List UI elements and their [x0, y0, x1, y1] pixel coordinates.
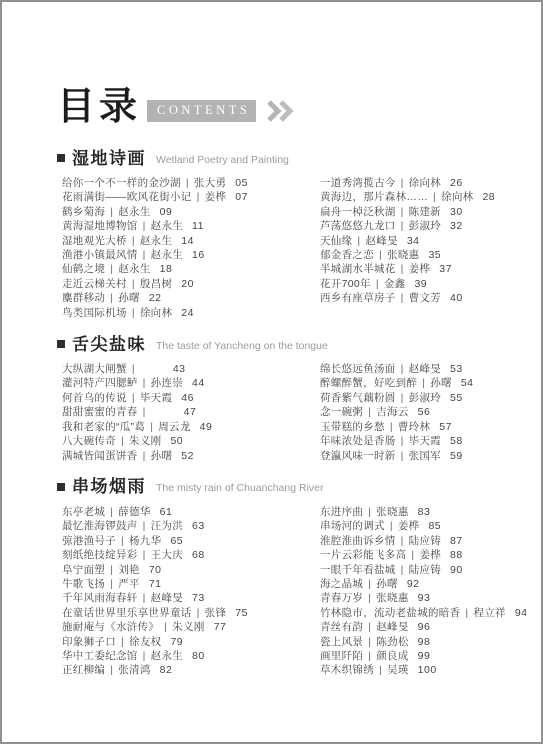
entry-author: 严平: [118, 578, 140, 590]
entry-title: 绵长悠远鱼汤面: [320, 363, 396, 375]
entry-page-number: 71: [149, 578, 162, 590]
section-subtitle: The taste of Yancheng on the tongue: [156, 340, 328, 352]
toc-entry: 大纵湖大闸蟹|43: [62, 362, 320, 376]
toc-entry: 玉带糕的乡愁|曹玲林57: [320, 420, 474, 434]
entry-page-number: 73: [192, 592, 205, 604]
entry-author: 吴瑛: [387, 664, 409, 676]
entry-separator: |: [368, 578, 371, 590]
entry-author: 张锋: [205, 607, 227, 619]
section-header: 舌尖盐味The taste of Yancheng on the tongue: [57, 334, 541, 354]
entry-title: 鹤乡菊海: [62, 206, 105, 218]
entry-page-number: 09: [160, 206, 173, 218]
entry-title: 扁舟一棹泛秋湖: [320, 206, 396, 218]
entry-separator: |: [401, 535, 404, 547]
entry-title: 黄海边，那片森林……: [320, 191, 428, 203]
entry-author: 张晓惠: [376, 506, 408, 518]
entry-page-number: 39: [414, 278, 427, 290]
toc-entry: 竹林隐市，流动老盐城的暗香|程立祥94: [320, 606, 528, 620]
entry-page-number: 32: [450, 220, 463, 232]
entry-author: 彭淑玲: [409, 220, 441, 232]
entry-author: 薛德华: [118, 506, 150, 518]
entry-page-number: 54: [461, 377, 474, 389]
entry-author: 杨九华: [129, 535, 161, 547]
entry-page-number: 63: [192, 520, 205, 532]
entry-separator: |: [368, 621, 371, 633]
entry-author: 张晓惠: [376, 592, 408, 604]
toc-entry: 青丝有韵|赵峰旻96: [320, 620, 528, 634]
entry-author: 赵峰旻: [376, 621, 408, 633]
entry-title: 青丝有韵: [320, 621, 363, 633]
entry-author: 王大庆: [151, 549, 183, 561]
entry-author: 毕天霞: [409, 435, 441, 447]
toc-entry: 海之晶城|孙曙92: [320, 577, 528, 591]
entry-author: 赵永生: [140, 235, 172, 247]
entry-separator: |: [390, 421, 393, 433]
entry-page-number: 96: [418, 621, 431, 633]
entry-title: 东亭老城: [62, 506, 105, 518]
entry-separator: |: [143, 450, 146, 462]
entry-separator: |: [433, 191, 436, 203]
entry-separator: |: [368, 506, 371, 518]
entry-separator: |: [143, 549, 146, 561]
entry-page-number: 37: [439, 263, 452, 275]
entry-page-number: 88: [450, 549, 463, 561]
entry-title: 大纵湖大闸蟹: [62, 363, 127, 375]
toc-column: 东进序曲|张晓惠83串场河的调式|姜桦85淮腔淮曲诉乡情|陆应铸87一片云彩能飞…: [320, 505, 528, 678]
entry-title: 串场河的调式: [320, 520, 385, 532]
entry-separator: |: [143, 650, 146, 662]
entry-page-number: 57: [439, 421, 452, 433]
entry-page-number: 75: [235, 607, 248, 619]
entry-title: 刻纸绝技绽异彩: [62, 549, 138, 561]
toc-column: 大纵湖大闸蟹|43灌河特产四腮鲈|孙连崇44何首乌的传说|毕天霞46甜甜蜜蜜的青…: [62, 362, 320, 463]
entry-author: 颜良成: [376, 650, 408, 662]
entry-title: 竹林隐市，流动老盐城的暗香: [320, 607, 460, 619]
page-title: 目录: [57, 87, 141, 125]
section-subtitle: The misty rain of Chuanchang River: [156, 482, 324, 494]
entry-page-number: 93: [418, 592, 431, 604]
entry-title: 一道秀湾揽古今: [320, 177, 396, 189]
toc-entry: 草木织锦绣|吴瑛100: [320, 663, 528, 677]
toc-entry: 在童话世界里乐享世界童话|张锋75: [62, 606, 320, 620]
entry-title: 半城湖水半城花: [320, 263, 396, 275]
toc-entry: 淮腔淮曲诉乡情|陆应铸87: [320, 534, 528, 548]
toc-entry: 东亭老城|薛德华61: [62, 505, 320, 519]
entry-title: 正红柳编: [62, 664, 105, 676]
entry-author: 程立祥: [473, 607, 505, 619]
entry-author: 赵永生: [151, 220, 183, 232]
entry-author: 姜桦: [398, 520, 420, 532]
entry-title: 一眼千年看盐城: [320, 564, 396, 576]
toc-entry: 我和老家的“瓜”葛|周云龙49: [62, 420, 320, 434]
entry-page-number: 98: [418, 636, 431, 648]
entry-title: 醉螺醉蟹，好吃到醉: [320, 377, 417, 389]
entry-page-number: 07: [235, 191, 248, 203]
entry-title: 灌河特产四腮鲈: [62, 377, 138, 389]
section-title: 串场烟雨: [72, 478, 146, 495]
entry-author: 张晓惠: [387, 249, 419, 261]
entry-author: 曹玲林: [398, 421, 430, 433]
entry-title: 湿地观光大桥: [62, 235, 127, 247]
entry-separator: |: [110, 664, 113, 676]
entry-separator: |: [121, 636, 124, 648]
entry-page-number: 79: [170, 636, 183, 648]
entry-author: 徐向林: [441, 191, 473, 203]
entry-separator: |: [110, 564, 113, 576]
entry-separator: |: [379, 664, 382, 676]
entry-author: 孙曙: [118, 292, 140, 304]
entry-page-number: 61: [160, 506, 173, 518]
section-bullet-icon: [57, 154, 65, 162]
entry-separator: |: [143, 377, 146, 389]
toc-entry: 给你一个不一样的金沙湖|张大勇05: [62, 176, 320, 190]
entry-separator: |: [110, 506, 113, 518]
toc-column: 东亭老城|薛德华61最忆淮海锣鼓声|汪为洪63弶港渔号子|杨九华65刻纸绝技绽异…: [62, 505, 320, 678]
entry-title: 牛歌飞扬: [62, 578, 105, 590]
entry-author: 朱义刚: [129, 435, 161, 447]
entry-page-number: 83: [418, 506, 431, 518]
entry-page-number: 82: [160, 664, 173, 676]
toc-entry: 黄海湿地博物馆|赵永生11: [62, 219, 320, 233]
toc-entry: 一眼千年看盐城|陆应铸90: [320, 563, 528, 577]
entry-title: 花雨满街——欧风花街小记: [62, 191, 192, 203]
entry-title: 东进序曲: [320, 506, 363, 518]
toc-entry: 最忆淮海锣鼓声|汪为洪63: [62, 519, 320, 533]
entry-title: 海之晶城: [320, 578, 363, 590]
entry-author: 姜桦: [205, 191, 227, 203]
toc-entry: 一片云彩能飞多高|姜桦88: [320, 548, 528, 562]
entry-author: 张清鸿: [118, 664, 150, 676]
section-subtitle: Wetland Poetry and Painting: [156, 154, 289, 166]
section-columns: 给你一个不一样的金沙湖|张大勇05花雨满街——欧风花街小记|姜桦07鹤乡菊海|赵…: [62, 176, 541, 320]
entry-title: 在童话世界里乐享世界童话: [62, 607, 192, 619]
entry-title: 给你一个不一样的金沙湖: [62, 177, 181, 189]
entry-title: 阜宁面塑: [62, 564, 105, 576]
entry-page-number: 40: [450, 292, 463, 304]
toc-entry: 满城皆闻蛋饼香|孙曙52: [62, 449, 320, 463]
entry-separator: |: [143, 406, 146, 418]
toc-entry: 弶港渔号子|杨九华65: [62, 534, 320, 548]
entry-page-number: 77: [214, 621, 227, 633]
entry-author: 曹文芳: [409, 292, 441, 304]
entry-page-number: 30: [450, 206, 463, 218]
entry-separator: |: [132, 235, 135, 247]
entry-separator: |: [401, 263, 404, 275]
entry-separator: |: [368, 636, 371, 648]
toc-entry: 醉螺醉蟹，好吃到醉|孙曙54: [320, 376, 474, 390]
entry-title: 我和老家的“瓜”葛: [62, 421, 145, 433]
entry-author: 赵永生: [118, 263, 150, 275]
entry-separator: |: [401, 292, 404, 304]
entry-page-number: 26: [450, 177, 463, 189]
entry-separator: |: [121, 535, 124, 547]
entry-author: 陆应铸: [409, 564, 441, 576]
entry-page-number: 49: [200, 421, 213, 433]
entry-title: 登瀛风味一时新: [320, 450, 396, 462]
entry-separator: |: [143, 249, 146, 261]
entry-separator: |: [110, 206, 113, 218]
entry-page-number: 80: [192, 650, 205, 662]
entry-title: 玉带糕的乡愁: [320, 421, 385, 433]
entry-page-number: 18: [160, 263, 173, 275]
entry-author: 殷昌树: [140, 278, 172, 290]
entry-author: 陈劲松: [376, 636, 408, 648]
toc-entry: 串场河的调式|姜桦85: [320, 519, 528, 533]
entry-title: 花开700年: [320, 278, 371, 290]
entry-separator: |: [401, 435, 404, 447]
toc-entry: 扁舟一棹泛秋湖|陈建新30: [320, 205, 495, 219]
entry-page-number: 55: [450, 392, 463, 404]
entry-author: 赵永生: [118, 206, 150, 218]
entry-page-number: 58: [450, 435, 463, 447]
toc-entry: 一道秀湾揽古今|徐向林26: [320, 176, 495, 190]
entry-separator: |: [368, 406, 371, 418]
double-chevron-icon: [265, 100, 297, 122]
toc-entry: 鸟类国际机场|徐向林24: [62, 306, 320, 320]
toc-entry: 郁金香之恋|张晓惠35: [320, 248, 495, 262]
entry-author: 汪为洪: [151, 520, 183, 532]
entry-author: 赵峰旻: [409, 363, 441, 375]
entry-separator: |: [110, 578, 113, 590]
entry-title: 鸟类国际机场: [62, 307, 127, 319]
entry-author: 孙连崇: [151, 377, 183, 389]
entry-separator: |: [379, 249, 382, 261]
entry-title: 黄海湿地博物馆: [62, 220, 138, 232]
toc-section: 舌尖盐味The taste of Yancheng on the tongue大…: [57, 334, 541, 463]
entry-page-number: 20: [181, 278, 194, 290]
toc-column: 一道秀湾揽古今|徐向林26黄海边，那片森林……|徐向林28扁舟一棹泛秋湖|陈建新…: [320, 176, 495, 320]
entry-author: 赵峰旻: [151, 592, 183, 604]
toc-entry: 花开700年|金鑫39: [320, 277, 495, 291]
entry-title: 千年风雨海春轩: [62, 592, 138, 604]
entry-page-number: 34: [407, 235, 420, 247]
toc-entry: 湿地观光大桥|赵永生14: [62, 234, 320, 248]
entry-title: 念一碗粥: [320, 406, 363, 418]
entry-separator: |: [401, 177, 404, 189]
toc-entry: 西乡有座草房子|曹文芳40: [320, 291, 495, 305]
toc-entry: 天仙缘|赵峰旻34: [320, 234, 495, 248]
entry-page-number: 28: [482, 191, 495, 203]
entry-title: 施耐庵与《水浒传》: [62, 621, 159, 633]
entry-page-number: 85: [428, 520, 441, 532]
entry-title: 最忆淮海锣鼓声: [62, 520, 138, 532]
entry-separator: |: [368, 650, 371, 662]
entry-page-number: 22: [149, 292, 162, 304]
entry-title: 八大碗传奇: [62, 435, 116, 447]
toc-entry: 阜宁面塑|刘艳70: [62, 563, 320, 577]
entry-title: 弶港渔号子: [62, 535, 116, 547]
entry-page-number: 65: [170, 535, 183, 547]
section-columns: 大纵湖大闸蟹|43灌河特产四腮鲈|孙连崇44何首乌的传说|毕天霞46甜甜蜜蜜的青…: [62, 362, 541, 463]
toc-entry: 画里阡陌|颜良成99: [320, 649, 528, 663]
entry-title: 一片云彩能飞多高: [320, 549, 406, 561]
toc-entry: 何首乌的传说|毕天霞46: [62, 391, 320, 405]
entry-author: 赵峰旻: [365, 235, 397, 247]
entry-separator: |: [186, 177, 189, 189]
entry-title: 华中工委纪念馆: [62, 650, 138, 662]
entry-page-number: 50: [170, 435, 183, 447]
section-bullet-icon: [57, 483, 65, 491]
toc-entry: 东进序曲|张晓惠83: [320, 505, 528, 519]
entry-page-number: 35: [428, 249, 441, 261]
toc-entry: 千年风雨海春轩|赵峰旻73: [62, 591, 320, 605]
entry-separator: |: [368, 592, 371, 604]
entry-title: 淮腔淮曲诉乡情: [320, 535, 396, 547]
toc-entry: 鹤乡菊海|赵永生09: [62, 205, 320, 219]
entry-author: 张大勇: [194, 177, 226, 189]
toc-entry: 绵长悠远鱼汤面|赵峰旻53: [320, 362, 474, 376]
entry-title: 荷香紫气藕粉圆: [320, 392, 396, 404]
entry-author: 毕天霞: [140, 392, 172, 404]
section-columns: 东亭老城|薛德华61最忆淮海锣鼓声|汪为洪63弶港渔号子|杨九华65刻纸绝技绽异…: [62, 505, 541, 678]
entry-author: 吉海云: [376, 406, 408, 418]
entry-author: 刘艳: [118, 564, 140, 576]
toc-entry: 灌河特产四腮鲈|孙连崇44: [62, 376, 320, 390]
entry-page-number: 43: [173, 363, 186, 375]
entry-page-number: 47: [184, 406, 197, 418]
toc-entry: 麋群移动|孙曙22: [62, 291, 320, 305]
entry-separator: |: [132, 278, 135, 290]
entry-page-number: 100: [418, 664, 437, 676]
toc-entry: 半城湖水半城花|姜桦37: [320, 262, 495, 276]
entry-title: 满城皆闻蛋饼香: [62, 450, 138, 462]
entry-title: 画里阡陌: [320, 650, 363, 662]
toc-header: 目录 CONTENTS: [57, 86, 541, 126]
section-title: 湿地诗画: [72, 150, 146, 167]
toc-entry: 年味浓处是香肠|毕天霞58: [320, 434, 474, 448]
entry-separator: |: [357, 235, 360, 247]
entry-author: 朱义刚: [172, 621, 204, 633]
toc-column: 给你一个不一样的金沙湖|张大勇05花雨满街——欧风花街小记|姜桦07鹤乡菊海|赵…: [62, 176, 320, 320]
entry-author: 徐向林: [409, 177, 441, 189]
toc-entry: 走近云梯关村|殷昌树20: [62, 277, 320, 291]
entry-author: 陆应铸: [409, 535, 441, 547]
entry-page-number: 99: [418, 650, 431, 662]
toc-entry: 牛歌飞扬|严平71: [62, 577, 320, 591]
entry-title: 麋群移动: [62, 292, 105, 304]
entry-separator: |: [401, 363, 404, 375]
entry-separator: |: [422, 377, 425, 389]
entry-separator: |: [164, 621, 167, 633]
entry-separator: |: [401, 564, 404, 576]
toc-entry: 荷香紫气藕粉圆|彭淑玲55: [320, 391, 474, 405]
entry-page-number: 14: [181, 235, 194, 247]
toc-entry: 花雨满街——欧风花街小记|姜桦07: [62, 190, 320, 204]
entry-title: 年味浓处是香肠: [320, 435, 396, 447]
entry-page-number: 92: [407, 578, 420, 590]
entry-author: 孙曙: [430, 377, 452, 389]
entry-separator: |: [132, 363, 135, 375]
entry-title: 何首乌的传说: [62, 392, 127, 404]
entry-title: 甜甜蜜蜜的青春: [62, 406, 138, 418]
toc-entry: 仙鹤之境|赵永生18: [62, 262, 320, 276]
section-header: 湿地诗画Wetland Poetry and Painting: [57, 148, 541, 168]
entry-separator: |: [390, 520, 393, 532]
entry-title: 渔港小镇最风情: [62, 249, 138, 261]
entry-page-number: 16: [192, 249, 205, 261]
entry-separator: |: [110, 263, 113, 275]
entry-separator: |: [132, 392, 135, 404]
section-bullet-icon: [57, 340, 65, 348]
entry-page-number: 53: [450, 363, 463, 375]
entry-author: 金鑫: [384, 278, 406, 290]
entry-page-number: 24: [181, 307, 194, 319]
entry-page-number: 46: [181, 392, 194, 404]
toc-entry: 刻纸绝技绽异彩|王大庆68: [62, 548, 320, 562]
entry-separator: |: [197, 191, 200, 203]
toc-entry: 念一碗粥|吉海云56: [320, 405, 474, 419]
entry-page-number: 68: [192, 549, 205, 561]
entry-author: 徐友权: [129, 636, 161, 648]
entry-author: 姜桦: [409, 263, 431, 275]
entry-title: 青春万岁: [320, 592, 363, 604]
entry-author: 赵永生: [151, 249, 183, 261]
entry-separator: |: [110, 292, 113, 304]
toc-page: 目录 CONTENTS 湿地诗画Wetland Poetry and Paint…: [2, 2, 541, 742]
entry-title: 草木织锦绣: [320, 664, 374, 676]
section-title: 舌尖盐味: [72, 336, 146, 353]
entry-title: 印象狮子口: [62, 636, 116, 648]
entry-title: 郁金香之恋: [320, 249, 374, 261]
toc-entry: 登瀛风味一时新|张国军59: [320, 449, 474, 463]
toc-entry: 渔港小镇最风情|赵永生16: [62, 248, 320, 262]
entry-page-number: 56: [418, 406, 431, 418]
entry-author: 徐向林: [140, 307, 172, 319]
entry-author: 孙曙: [376, 578, 398, 590]
entry-separator: |: [401, 206, 404, 218]
entry-separator: |: [143, 220, 146, 232]
entry-separator: |: [411, 549, 414, 561]
entry-separator: |: [121, 435, 124, 447]
entry-title: 芦荡悠悠九龙口: [320, 220, 396, 232]
entry-page-number: 94: [515, 607, 528, 619]
entry-separator: |: [401, 392, 404, 404]
toc-entry: 施耐庵与《水浒传》|朱义刚77: [62, 620, 320, 634]
entry-title: 天仙缘: [320, 235, 352, 247]
entry-separator: |: [376, 278, 379, 290]
sections-container: 湿地诗画Wetland Poetry and Painting给你一个不一样的金…: [57, 148, 541, 678]
entry-page-number: 59: [450, 450, 463, 462]
section-header: 串场烟雨The misty rain of Chuanchang River: [57, 477, 541, 497]
entry-author: 赵永生: [151, 650, 183, 662]
entry-author: 张国军: [409, 450, 441, 462]
entry-page-number: 70: [149, 564, 162, 576]
entry-separator: |: [143, 592, 146, 604]
entry-separator: |: [465, 607, 468, 619]
entry-author: 彭淑玲: [409, 392, 441, 404]
toc-entry: 八大碗传奇|朱义刚50: [62, 434, 320, 448]
toc-entry: 甜甜蜜蜜的青春|47: [62, 405, 320, 419]
contents-badge: CONTENTS: [147, 100, 256, 122]
entry-title: 仙鹤之境: [62, 263, 105, 275]
entry-separator: |: [132, 307, 135, 319]
entry-title: 瓷上风景: [320, 636, 363, 648]
toc-column: 绵长悠远鱼汤面|赵峰旻53醉螺醉蟹，好吃到醉|孙曙54荷香紫气藕粉圆|彭淑玲55…: [320, 362, 474, 463]
toc-entry: 黄海边，那片森林……|徐向林28: [320, 190, 495, 204]
entry-page-number: 11: [192, 220, 204, 232]
toc-section: 串场烟雨The misty rain of Chuanchang River东亭…: [57, 477, 541, 678]
entry-separator: |: [143, 520, 146, 532]
entry-page-number: 52: [181, 450, 194, 462]
entry-separator: |: [401, 220, 404, 232]
entry-separator: |: [197, 607, 200, 619]
toc-entry: 芦荡悠悠九龙口|彭淑玲32: [320, 219, 495, 233]
entry-separator: |: [401, 450, 404, 462]
entry-title: 西乡有座草房子: [320, 292, 396, 304]
toc-entry: 正红柳编|张清鸿82: [62, 663, 320, 677]
entry-author: 周云龙: [158, 421, 190, 433]
entry-author: 姜桦: [419, 549, 441, 561]
